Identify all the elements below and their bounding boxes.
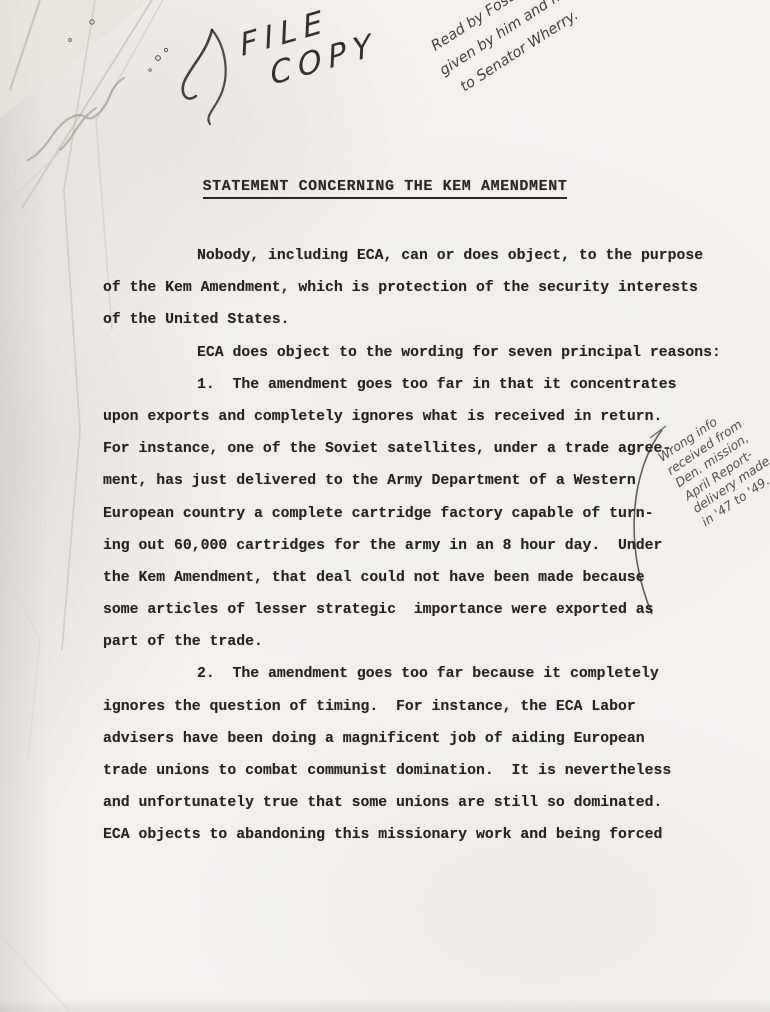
typewritten-line: some articles of lesser strategic import… bbox=[103, 594, 703, 626]
typewritten-line: of the Kem Amendment, which is protectio… bbox=[103, 272, 703, 304]
typewritten-line: trade unions to combat communist dominat… bbox=[103, 755, 703, 787]
typewritten-line: advisers have been doing a magnificent j… bbox=[103, 723, 703, 755]
typewritten-line: upon exports and completely ignores what… bbox=[103, 401, 703, 433]
typewritten-line: the Kem Amendment, that deal could not h… bbox=[103, 562, 703, 594]
typewritten-line: part of the trade. bbox=[103, 626, 703, 658]
typewritten-line: ing out 60,000 cartridges for the army i… bbox=[103, 530, 703, 562]
document-title: STATEMENT CONCERNING THE KEM AMENDMENT bbox=[0, 178, 770, 195]
typewritten-line: Nobody, including ECA, can or does objec… bbox=[103, 240, 703, 272]
scanned-document-page: { "page": { "paper_color": "#f2f1ee", "i… bbox=[0, 0, 770, 1012]
typewritten-line: ECA does object to the wording for seven… bbox=[103, 337, 703, 369]
typewritten-line: ment, has just delivered to the Army Dep… bbox=[103, 465, 703, 497]
typewritten-line: of the United States. bbox=[103, 304, 703, 336]
typewritten-line: ECA objects to abandoning this missionar… bbox=[103, 819, 703, 851]
typewritten-line: and unfortunately true that some unions … bbox=[103, 787, 703, 819]
typewritten-line: 1. The amendment goes too far in that it… bbox=[103, 369, 703, 401]
crumpled-corner bbox=[0, 0, 150, 118]
typewritten-line: 2. The amendment goes too far because it… bbox=[103, 658, 703, 690]
typewritten-line: For instance, one of the Soviet satellit… bbox=[103, 433, 703, 465]
typewritten-line: ignores the question of timing. For inst… bbox=[103, 691, 703, 723]
typewritten-line: European country a complete cartridge fa… bbox=[103, 498, 703, 530]
typewritten-body: Nobody, including ECA, can or does objec… bbox=[103, 240, 703, 852]
